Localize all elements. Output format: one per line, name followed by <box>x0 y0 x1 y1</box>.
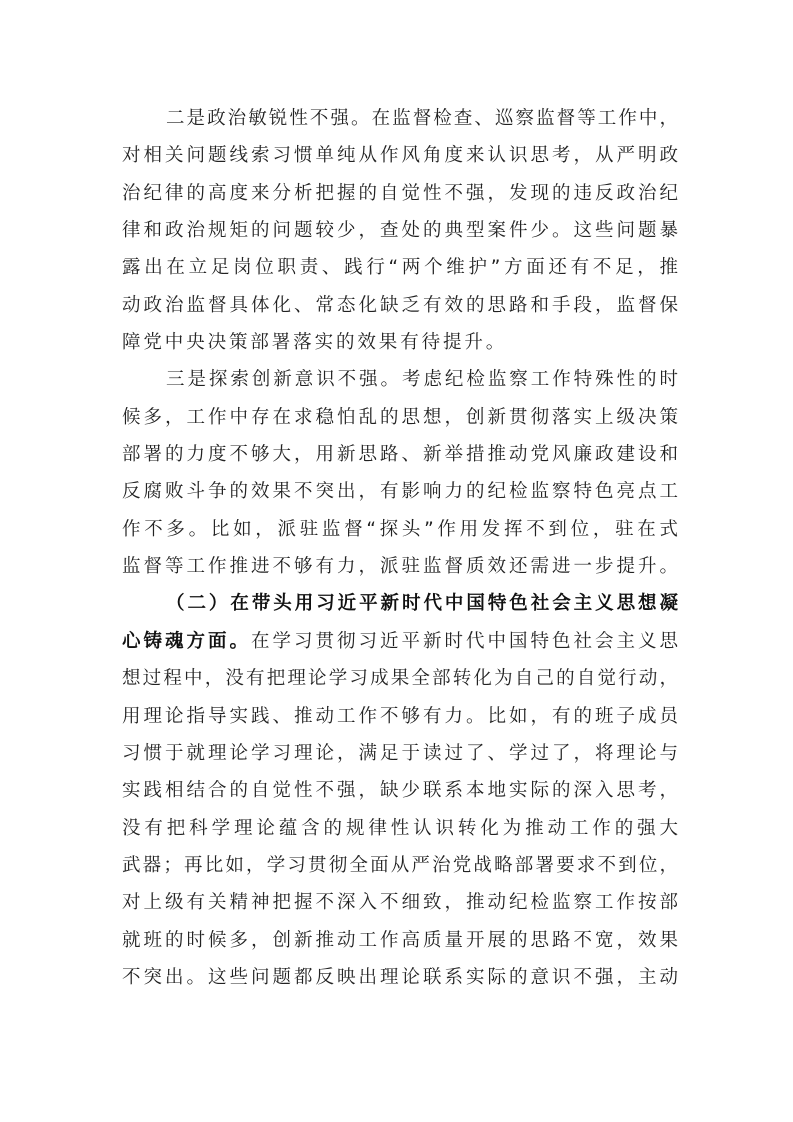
text-line: 武器；再比如，学习贯彻全面从严治党战略部署要求不到位， <box>122 847 678 884</box>
text-line: 对相关问题线索习惯单纯从作风角度来认识思考，从严明政 <box>122 137 678 174</box>
text-line: 习惯于就理论学习理论，满足于读过了、学过了，将理论与 <box>122 735 678 772</box>
text-line: 反腐败斗争的效果不突出，有影响力的纪检监察特色亮点工 <box>122 473 678 510</box>
text-line: 心铸魂方面。在学习贯彻习近平新时代中国特色社会主义思 <box>122 623 678 660</box>
text-line: 没有把科学理论蕴含的规律性认识转化为推动工作的强大 <box>122 810 678 847</box>
document-page: 二是政治敏锐性不强。在监督检查、巡察监督等工作中， 对相关问题线索习惯单纯从作风… <box>0 0 793 1122</box>
text-line: 就班的时候多，创新推动工作高质量开展的思路不宽，效果 <box>122 922 678 959</box>
text-line: 律和政治规矩的问题较少，查处的典型案件少。这些问题暴 <box>122 212 678 249</box>
paragraph-political-sensitivity: 二是政治敏锐性不强。在监督检查、巡察监督等工作中， 对相关问题线索习惯单纯从作风… <box>122 100 678 361</box>
document-body: 二是政治敏锐性不强。在监督检查、巡察监督等工作中， 对相关问题线索习惯单纯从作风… <box>122 100 678 996</box>
paragraph-section-two: （二）在带头用习近平新时代中国特色社会主义思想凝 心铸魂方面。在学习贯彻习近平新… <box>122 585 678 996</box>
text-line: 动政治监督具体化、常态化缺乏有效的思路和手段，监督保 <box>122 287 678 324</box>
text-line: 候多，工作中存在求稳怕乱的思想，创新贯彻落实上级决策 <box>122 399 678 436</box>
section-heading-line: （二）在带头用习近平新时代中国特色社会主义思想凝 <box>122 585 678 622</box>
section-body-start: 在学习贯彻习近平新时代中国特色社会主义思 <box>251 631 678 652</box>
text-line: 部署的力度不够大，用新思路、新举措推动党风廉政建设和 <box>122 436 678 473</box>
paragraph-innovation-awareness: 三是探索创新意识不强。考虑纪检监察工作特殊性的时 候多，工作中存在求稳怕乱的思想… <box>122 361 678 585</box>
text-line: 实践相结合的自觉性不强，缺少联系本地实际的深入思考， <box>122 772 678 809</box>
text-line: 对上级有关精神把握不深入不细致，推动纪检监察工作按部 <box>122 884 678 921</box>
text-line: 监督等工作推进不够有力，派驻监督质效还需进一步提升。 <box>122 548 678 585</box>
section-heading-tail: 心铸魂方面。 <box>122 631 251 652</box>
text-line: 三是探索创新意识不强。考虑纪检监察工作特殊性的时 <box>122 361 678 398</box>
text-line: 障党中央决策部署落实的效果有待提升。 <box>122 324 678 361</box>
text-line: 二是政治敏锐性不强。在监督检查、巡察监督等工作中， <box>122 100 678 137</box>
text-line: 想过程中，没有把理论学习成果全部转化为自己的自觉行动， <box>122 660 678 697</box>
text-line: 治纪律的高度来分析把握的自觉性不强，发现的违反政治纪 <box>122 175 678 212</box>
text-line: 不突出。这些问题都反映出理论联系实际的意识不强，主动 <box>122 959 678 996</box>
text-line: 用理论指导实践、推动工作不够有力。比如，有的班子成员 <box>122 698 678 735</box>
text-line: 作不多。比如，派驻监督“探头”作用发挥不到位，驻在式 <box>122 511 678 548</box>
text-line: 露出在立足岗位职责、践行“两个维护”方面还有不足，推 <box>122 249 678 286</box>
